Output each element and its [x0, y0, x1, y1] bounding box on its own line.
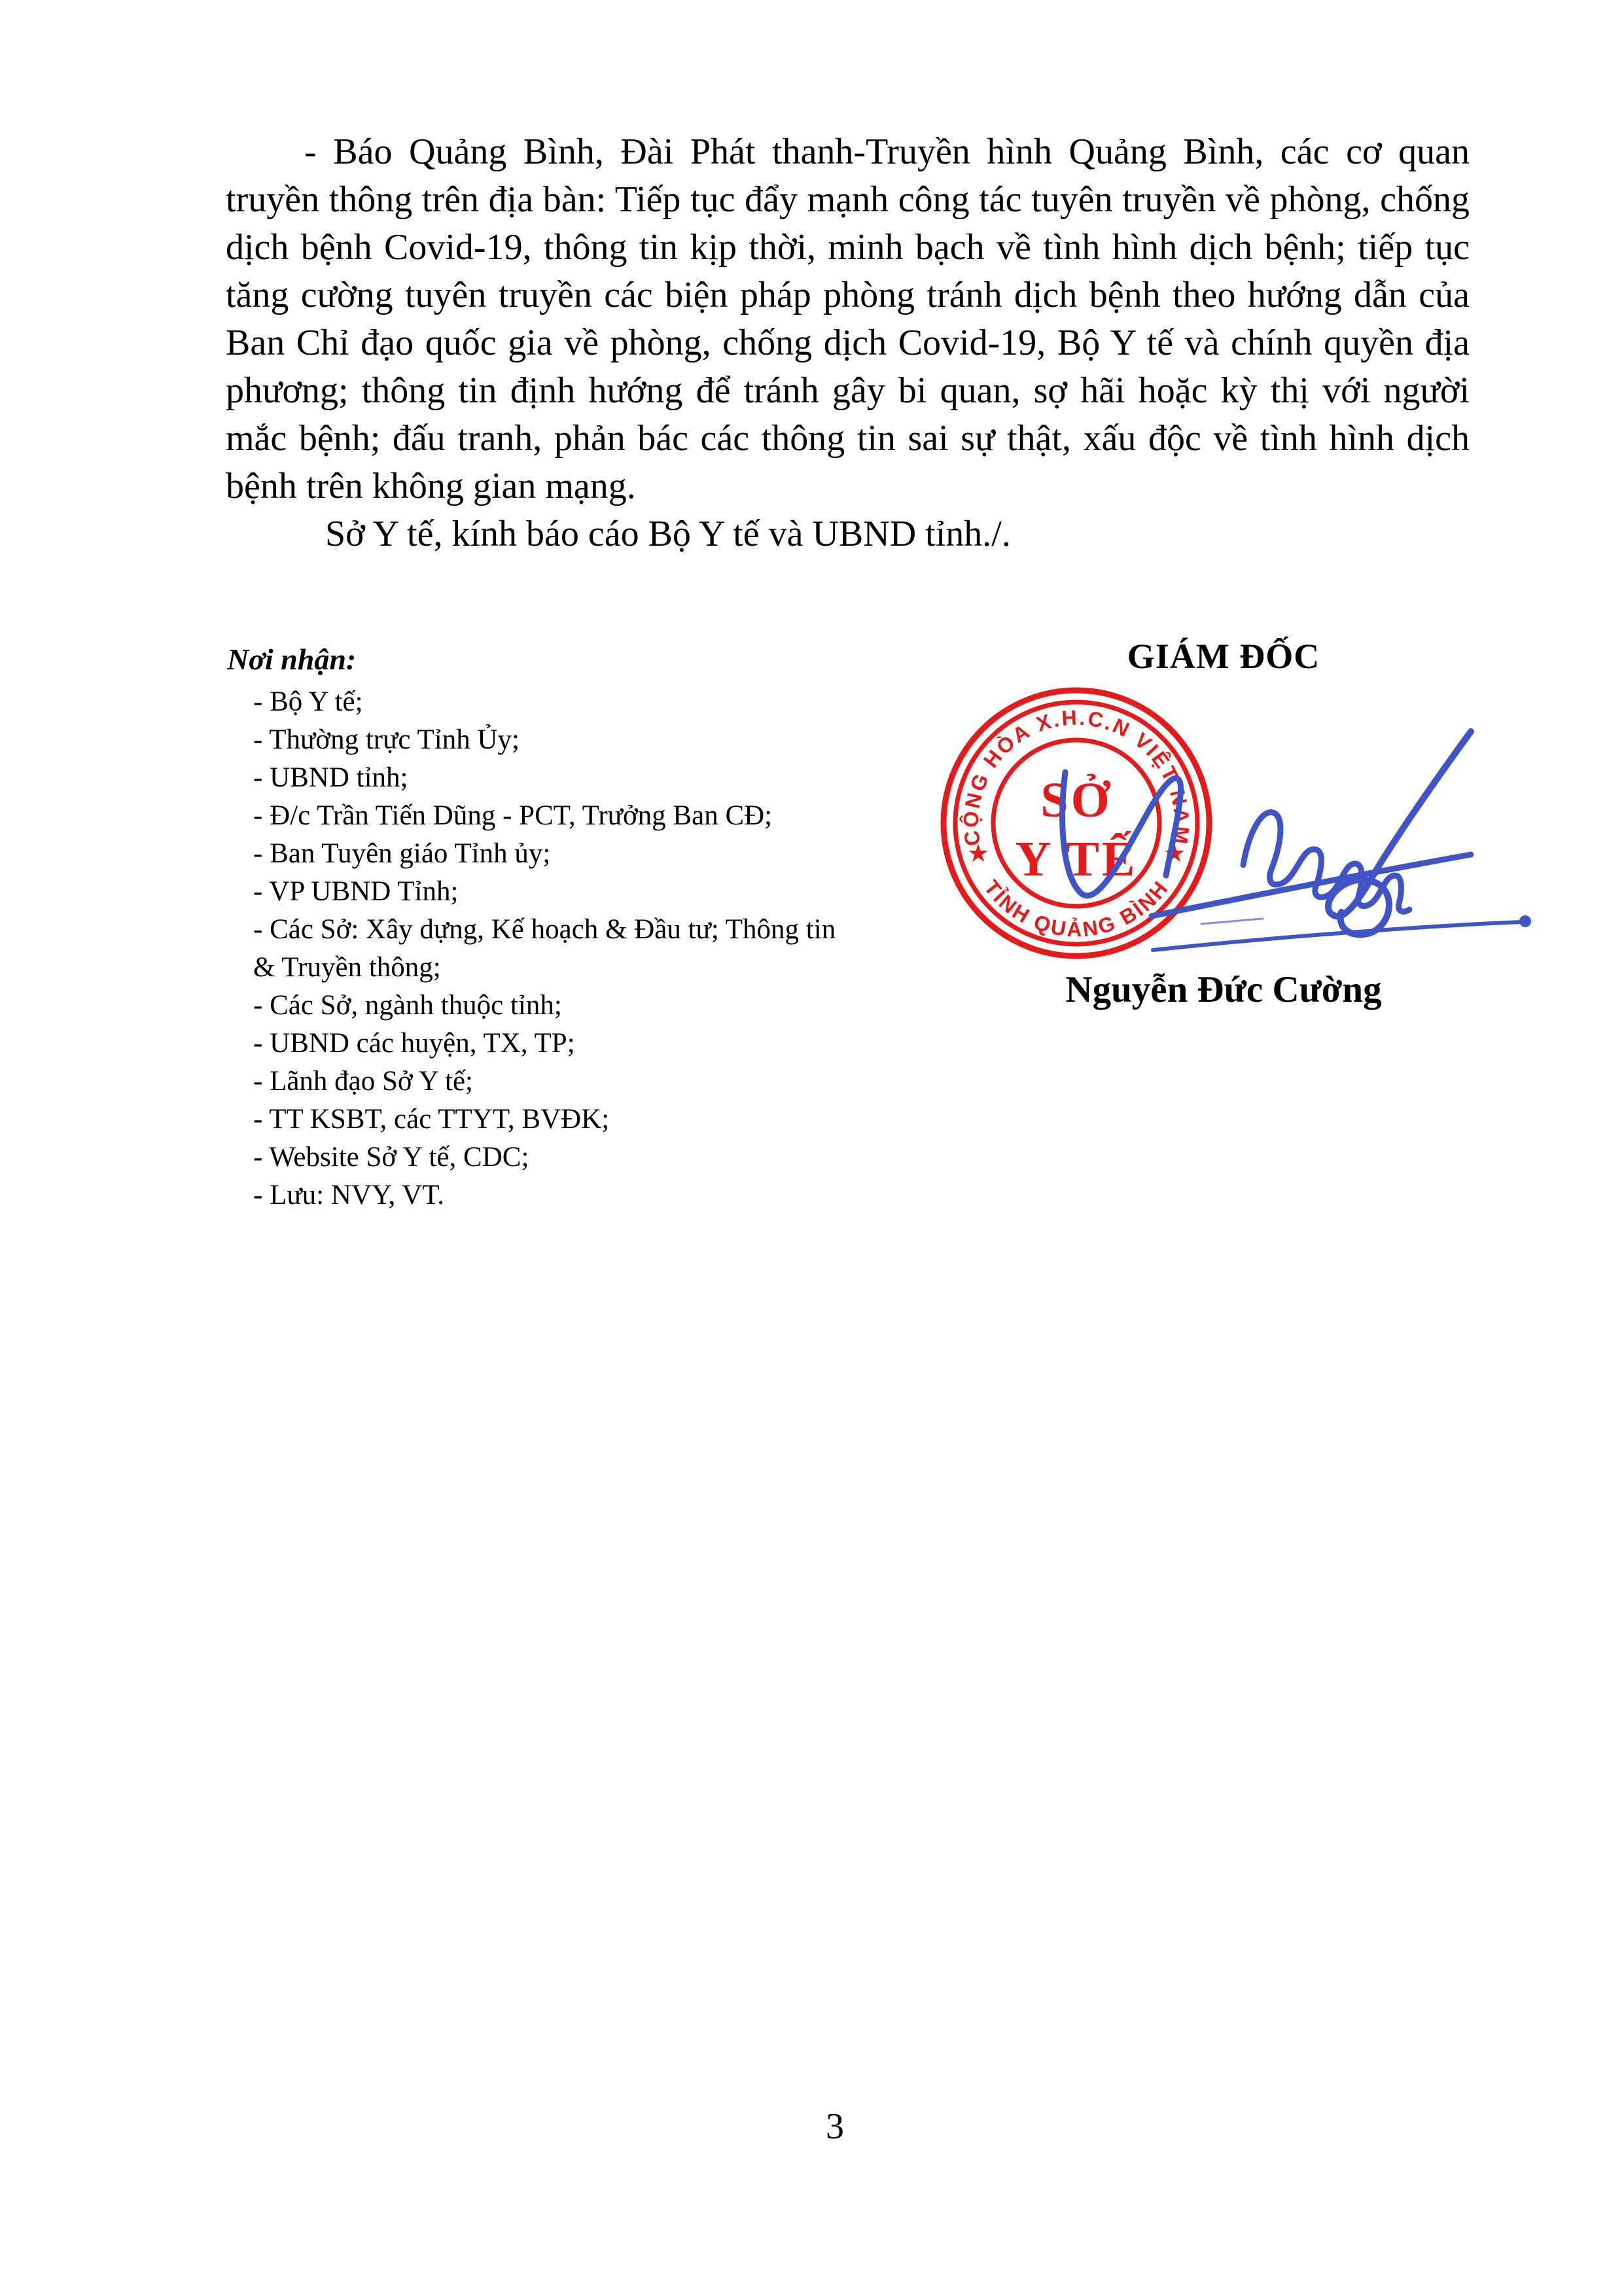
page-number: 3 [826, 2106, 844, 2147]
body-text: - Báo Quảng Bình, Đài Phát thanh-Truyền … [226, 128, 1470, 558]
signature-ink-dot [1519, 915, 1531, 927]
recipient-item: - Đ/c Trần Tiến Dũng - PCT, Trưởng Ban C… [253, 797, 1019, 835]
recipient-item: - Website Sở Y tế, CDC; [253, 1139, 1019, 1176]
recipients-list: - Bộ Y tế; - Thường trực Tỉnh Ủy; - UBND… [253, 683, 1019, 1214]
recipient-item: - Các Sở: Xây dựng, Kế hoạch & Đầu tư; T… [253, 911, 1019, 949]
recipient-item: - Lãnh đạo Sở Y tế; [253, 1063, 1019, 1101]
document-page: - Báo Quảng Bình, Đài Phát thanh-Truyền … [0, 0, 1624, 2296]
signature-thin-stroke [1201, 919, 1263, 924]
recipient-item: - Các Sở, ngành thuộc tỉnh; [253, 987, 1019, 1025]
paragraph-closing-line: Sở Y tế, kính báo cáo Bộ Y tế và UBND tỉ… [226, 510, 1470, 558]
recipients-label: Nơi nhận: [227, 643, 1019, 677]
signature-stroke [1063, 772, 1181, 896]
recipient-item: - Bộ Y tế; [253, 683, 1019, 721]
recipient-item: - UBND tỉnh; [253, 759, 1019, 797]
recipient-item: - VP UBND Tỉnh; [253, 873, 1019, 911]
paragraph-media-directive: - Báo Quảng Bình, Đài Phát thanh-Truyền … [226, 128, 1470, 510]
recipient-item: - UBND các huyện, TX, TP; [253, 1025, 1019, 1063]
director-title: GIÁM ĐỐC [981, 636, 1466, 677]
signature-stroke [1152, 855, 1471, 916]
recipient-item: - Lưu: NVY, VT. [253, 1176, 1019, 1214]
recipient-item: - Ban Tuyên giáo Tỉnh ủy; [253, 835, 1019, 873]
recipient-item: - Thường trực Tỉnh Ủy; [253, 721, 1019, 759]
recipient-item: - TT KSBT, các TTYT, BVĐK; [253, 1101, 1019, 1139]
star-icon: ★ [967, 840, 989, 868]
signature-underline [1153, 922, 1522, 950]
recipient-item-continuation: & Truyền thông; [253, 949, 1019, 987]
signer-name: Nguyễn Đức Cường [981, 968, 1466, 1011]
recipients-block: Nơi nhận: - Bộ Y tế; - Thường trực Tỉnh … [227, 643, 1019, 1214]
signature-ink [1047, 694, 1557, 968]
